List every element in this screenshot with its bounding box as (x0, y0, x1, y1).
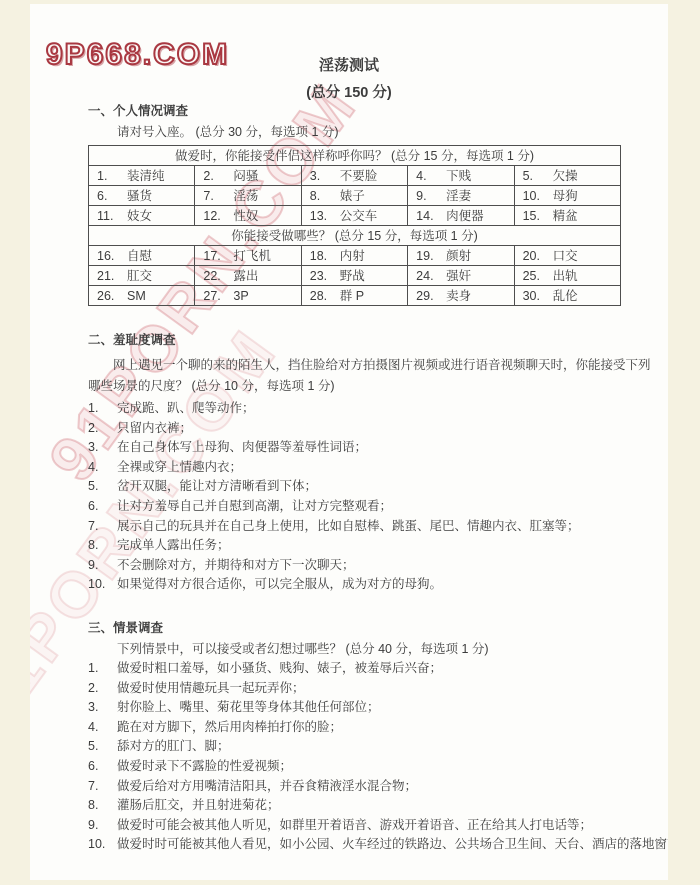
term-label: 群 P (340, 289, 364, 303)
list-item: 1.完成跪、趴、爬等动作； (88, 399, 654, 419)
term-number: 13. (310, 209, 340, 223)
item-text: 不会删除对方，并期待和对方下一次聊天； (117, 556, 654, 576)
table-group2-header: 你能接受做哪些？ (总分 15 分，每选项 1 分) (89, 226, 621, 246)
item-text: 做爱时可能会被其他人听见，如群里开着语音、游戏开着语音、正在给其人打电话等； (117, 816, 654, 836)
term-label: 不要脸 (340, 169, 378, 183)
term-cell: 23.野战 (301, 266, 407, 286)
item-text: 展示自己的玩具并在自己身上使用，比如自慰棒、跳蛋、尾巴、情趣内衣、肛塞等； (117, 517, 654, 537)
term-label: 内射 (340, 249, 365, 263)
term-number: 16. (97, 249, 127, 263)
term-cell: 11.妓女 (89, 206, 195, 226)
document-page: 91PORN.COM 91PORN.COM 9P668.COM 淫荡测试 (总分… (30, 4, 668, 880)
term-label: 卖身 (446, 289, 471, 303)
term-label: 精盆 (553, 209, 578, 223)
term-number: 27. (203, 289, 233, 303)
naming-table-body: 做爱时，你能接受伴侣这样称呼你吗？ (总分 15 分，每选项 1 分)1.装清纯… (89, 146, 621, 306)
term-cell: 27.3P (195, 286, 301, 306)
item-text: 做爱时粗口羞辱，如小骚货、贱狗、婊子，被羞辱后兴奋； (117, 659, 654, 679)
item-number: 3. (88, 698, 117, 718)
term-number: 24. (416, 269, 446, 283)
naming-table: 做爱时，你能接受伴侣这样称呼你吗？ (总分 15 分，每选项 1 分)1.装清纯… (88, 145, 621, 306)
table-row: 16.自慰17.打飞机18.内射19.颜射20.口交 (89, 246, 621, 266)
item-text: 岔开双腿，能让对方清晰看到下体； (117, 477, 654, 497)
term-label: 婊子 (340, 189, 365, 203)
table-row: 6.骚货7.淫荡8.婊子9.淫妻10.母狗 (89, 186, 621, 206)
term-cell: 1.装清纯 (89, 166, 195, 186)
item-number: 1. (88, 659, 117, 679)
table-row: 21.肛交22.露出23.野战24.强奸25.出轨 (89, 266, 621, 286)
term-number: 14. (416, 209, 446, 223)
item-text: 舔对方的肛门、脚； (117, 737, 654, 757)
table-row: 26.SM27.3P28.群 P29.卖身30.乱伦 (89, 286, 621, 306)
term-cell: 4.下贱 (408, 166, 514, 186)
list-item: 2.只留内衣裤； (88, 419, 654, 439)
term-number: 15. (523, 209, 553, 223)
term-number: 22. (203, 269, 233, 283)
term-cell: 6.骚货 (89, 186, 195, 206)
term-cell: 21.肛交 (89, 266, 195, 286)
term-cell: 8.婊子 (301, 186, 407, 206)
list-item: 9.做爱时可能会被其他人听见，如群里开着语音、游戏开着语音、正在给其人打电话等； (88, 816, 654, 836)
item-number: 6. (88, 757, 117, 777)
item-text: 跪在对方脚下，然后用肉棒拍打你的脸； (117, 718, 654, 738)
term-label: 淫荡 (233, 189, 258, 203)
item-text: 做爱时使用情趣玩具一起玩弄你； (117, 679, 654, 699)
item-text: 只留内衣裤； (117, 419, 654, 439)
item-text: 在自己身体写上母狗、肉便器等羞辱性词语； (117, 438, 654, 458)
term-label: 欠操 (553, 169, 578, 183)
section-1-heading: 一、个人情况调查 (88, 104, 654, 119)
term-number: 29. (416, 289, 446, 303)
section-2-paragraph: 网上遇见一个聊的来的陌生人，挡住脸给对方拍摄图片视频或进行语音视频聊天时，你能接… (88, 355, 654, 397)
term-number: 4. (416, 169, 446, 183)
section-1-intro: 请对号入座。 (总分 30 分，每选项 1 分) (88, 125, 654, 140)
term-number: 21. (97, 269, 127, 283)
term-number: 11. (97, 209, 127, 223)
term-cell: 3.不要脸 (301, 166, 407, 186)
term-label: 下贱 (446, 169, 471, 183)
list-item: 4.跪在对方脚下，然后用肉棒拍打你的脸； (88, 718, 654, 738)
term-cell: 17.打飞机 (195, 246, 301, 266)
page-background: { "logo": { "text": "9P668.COM", "color"… (0, 0, 700, 885)
term-label: 露出 (233, 269, 258, 283)
term-label: 肉便器 (446, 209, 484, 223)
term-number: 28. (310, 289, 340, 303)
term-number: 30. (523, 289, 553, 303)
table-group2-header-label: 你能接受做哪些？ (总分 15 分，每选项 1 分) (89, 226, 621, 246)
term-label: 3P (233, 289, 248, 303)
table-group1-header: 做爱时，你能接受伴侣这样称呼你吗？ (总分 15 分，每选项 1 分) (89, 146, 621, 166)
list-item: 7.展示自己的玩具并在自己身上使用，比如自慰棒、跳蛋、尾巴、情趣内衣、肛塞等； (88, 517, 654, 537)
term-cell: 22.露出 (195, 266, 301, 286)
term-label: 闷骚 (233, 169, 258, 183)
term-label: 打飞机 (233, 249, 271, 263)
term-label: 野战 (340, 269, 365, 283)
item-text: 全裸或穿上情趣内衣； (117, 458, 654, 478)
list-item: 8.完成单人露出任务； (88, 536, 654, 556)
item-text: 灌肠后肛交，并且射进菊花； (117, 796, 654, 816)
item-text: 完成跪、趴、爬等动作； (117, 399, 654, 419)
term-cell: 15.精盆 (514, 206, 620, 226)
term-label: 口交 (553, 249, 578, 263)
item-number: 5. (88, 477, 117, 497)
term-number: 5. (523, 169, 553, 183)
term-cell: 28.群 P (301, 286, 407, 306)
term-cell: 25.出轨 (514, 266, 620, 286)
term-label: 性奴 (233, 209, 258, 223)
term-number: 6. (97, 189, 127, 203)
item-number: 6. (88, 497, 117, 517)
term-number: 20. (523, 249, 553, 263)
list-item: 8.灌肠后肛交，并且射进菊花； (88, 796, 654, 816)
item-text: 如果觉得对方很合适你，可以完全服从，成为对方的母狗。 (117, 575, 654, 595)
term-label: 妓女 (127, 209, 152, 223)
term-cell: 29.卖身 (408, 286, 514, 306)
term-cell: 13.公交车 (301, 206, 407, 226)
term-number: 2. (203, 169, 233, 183)
item-number: 1. (88, 399, 117, 419)
item-number: 9. (88, 556, 117, 576)
term-label: 出轨 (553, 269, 578, 283)
list-item: 9.不会删除对方，并期待和对方下一次聊天； (88, 556, 654, 576)
list-item: 3.射你脸上、嘴里、菊花里等身体其他任何部位； (88, 698, 654, 718)
term-label: 自慰 (127, 249, 152, 263)
item-number: 8. (88, 536, 117, 556)
list-item: 6.做爱时录下不露脸的性爱视频； (88, 757, 654, 777)
term-cell: 26.SM (89, 286, 195, 306)
term-number: 3. (310, 169, 340, 183)
term-label: 装清纯 (127, 169, 165, 183)
term-number: 8. (310, 189, 340, 203)
list-item: 6.让对方羞辱自己并自慰到高潮，让对方完整观看； (88, 497, 654, 517)
term-cell: 5.欠操 (514, 166, 620, 186)
term-label: 公交车 (340, 209, 378, 223)
term-number: 23. (310, 269, 340, 283)
term-number: 17. (203, 249, 233, 263)
item-text: 让对方羞辱自己并自慰到高潮，让对方完整观看； (117, 497, 654, 517)
shame-list: 1.完成跪、趴、爬等动作；2.只留内衣裤；3.在自己身体写上母狗、肉便器等羞辱性… (88, 399, 654, 595)
list-item: 5.舔对方的肛门、脚； (88, 737, 654, 757)
list-item: 5.岔开双腿，能让对方清晰看到下体； (88, 477, 654, 497)
list-item: 10.做爱时时可能被其他人看见，如小公园、火车经过的铁路边、公共场合卫生间、天台… (88, 835, 654, 855)
term-label: 乱伦 (553, 289, 578, 303)
item-text: 做爱时时可能被其他人看见，如小公园、火车经过的铁路边、公共场合卫生间、天台、酒店… (117, 835, 668, 855)
item-number: 2. (88, 419, 117, 439)
term-cell: 14.肉便器 (408, 206, 514, 226)
term-number: 26. (97, 289, 127, 303)
item-number: 4. (88, 718, 117, 738)
term-number: 9. (416, 189, 446, 203)
term-label: 颜射 (446, 249, 471, 263)
term-cell: 2.闷骚 (195, 166, 301, 186)
scenario-list: 1.做爱时粗口羞辱，如小骚货、贱狗、婊子，被羞辱后兴奋；2.做爱时使用情趣玩具一… (88, 659, 654, 855)
term-cell: 7.淫荡 (195, 186, 301, 206)
item-number: 3. (88, 438, 117, 458)
table-row: 11.妓女12.性奴13.公交车14.肉便器15.精盆 (89, 206, 621, 226)
section-3-heading: 三、情景调查 (88, 621, 654, 636)
term-cell: 9.淫妻 (408, 186, 514, 206)
term-number: 19. (416, 249, 446, 263)
item-number: 2. (88, 679, 117, 699)
item-text: 完成单人露出任务； (117, 536, 654, 556)
term-cell: 10.母狗 (514, 186, 620, 206)
list-item: 4.全裸或穿上情趣内衣； (88, 458, 654, 478)
table-group1-header-label: 做爱时，你能接受伴侣这样称呼你吗？ (总分 15 分，每选项 1 分) (89, 146, 621, 166)
item-number: 7. (88, 517, 117, 537)
item-number: 8. (88, 796, 117, 816)
item-number: 5. (88, 737, 117, 757)
term-cell: 19.颜射 (408, 246, 514, 266)
term-number: 18. (310, 249, 340, 263)
item-text: 做爱后给对方用嘴清洁阳具，并吞食精液淫水混合物； (117, 777, 654, 797)
section-2-heading: 二、羞耻度调查 (88, 333, 654, 348)
term-number: 10. (523, 189, 553, 203)
term-label: 肛交 (127, 269, 152, 283)
term-cell: 18.内射 (301, 246, 407, 266)
list-item: 7.做爱后给对方用嘴清洁阳具，并吞食精液淫水混合物； (88, 777, 654, 797)
item-number: 10. (88, 575, 117, 595)
term-label: 强奸 (446, 269, 471, 283)
term-label: 母狗 (553, 189, 578, 203)
item-number: 7. (88, 777, 117, 797)
term-cell: 24.强奸 (408, 266, 514, 286)
doc-content: 一、个人情况调查 请对号入座。 (总分 30 分，每选项 1 分) 做爱时，你能… (88, 4, 654, 855)
item-number: 4. (88, 458, 117, 478)
term-number: 1. (97, 169, 127, 183)
item-number: 10. (88, 835, 117, 855)
list-item: 2.做爱时使用情趣玩具一起玩弄你； (88, 679, 654, 699)
term-number: 7. (203, 189, 233, 203)
site-logo: 9P668.COM (46, 38, 229, 72)
term-number: 12. (203, 209, 233, 223)
term-cell: 12.性奴 (195, 206, 301, 226)
term-label: 骚货 (127, 189, 152, 203)
term-cell: 20.口交 (514, 246, 620, 266)
term-cell: 30.乱伦 (514, 286, 620, 306)
item-text: 射你脸上、嘴里、菊花里等身体其他任何部位； (117, 698, 654, 718)
section-3-intro: 下列情景中，可以接受或者幻想过哪些？ (总分 40 分，每选项 1 分) (88, 642, 654, 657)
term-label: 淫妻 (446, 189, 471, 203)
list-item: 10.如果觉得对方很合适你，可以完全服从，成为对方的母狗。 (88, 575, 654, 595)
item-number: 9. (88, 816, 117, 836)
list-item: 3.在自己身体写上母狗、肉便器等羞辱性词语； (88, 438, 654, 458)
list-item: 1.做爱时粗口羞辱，如小骚货、贱狗、婊子，被羞辱后兴奋； (88, 659, 654, 679)
term-cell: 16.自慰 (89, 246, 195, 266)
table-row: 1.装清纯2.闷骚3.不要脸4.下贱5.欠操 (89, 166, 621, 186)
term-number: 25. (523, 269, 553, 283)
term-label: SM (127, 289, 146, 303)
item-text: 做爱时录下不露脸的性爱视频； (117, 757, 654, 777)
